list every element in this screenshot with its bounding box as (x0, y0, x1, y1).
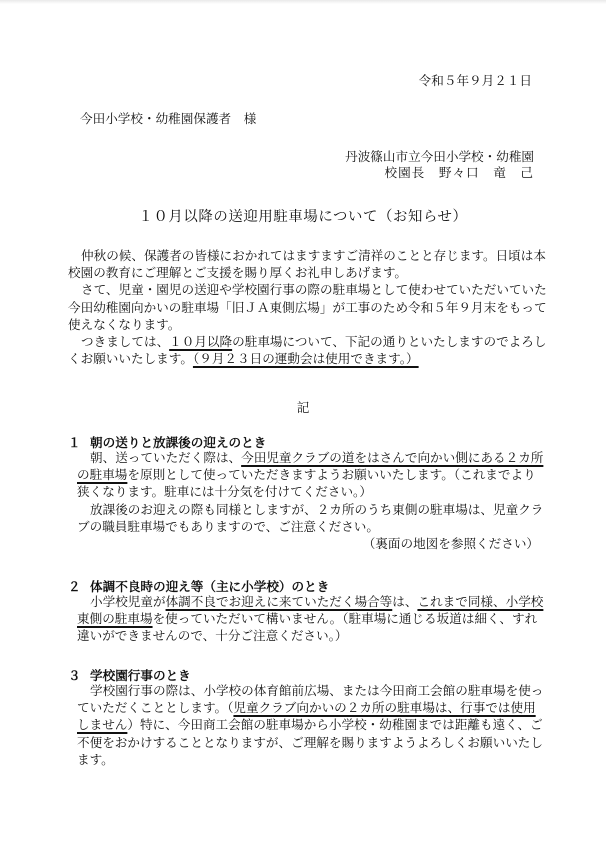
intro-p1-line1: 仲秋の候、保護者の皆様におかれてはますますご清祥のことと存じます。日頃は本 (68, 247, 538, 264)
section-3-line5: ます。 (77, 751, 547, 768)
intro-p2-line3: 使えなくなります。 (68, 316, 538, 333)
sender-principal: 校園長 野々口 竜 己 (384, 162, 534, 181)
section-1-line3: 狭くなります。駐車には十分気を付けてください。） (77, 483, 547, 500)
intro-p2-line1: さて、児童・園児の送迎や学校園行事の際の駐車場として使わせていただいていた (68, 281, 538, 298)
underlined-not-used-events: 児童クラブ向かいの２カ所の駐車場は、行事では使用 (233, 700, 535, 715)
section-3-line4: 不便をおかけすることとなりますが、ご理解を賜りますようよろしくお願いいたし (77, 734, 547, 751)
section-title: 学校園行事のとき (90, 668, 191, 683)
section-2-line1: 小学校児童が体調不良でお迎えに来ていただく場合等は、これまで同様、小学校 (77, 593, 547, 610)
section-1-map-note: （裏面の地図を参照ください） (77, 535, 547, 552)
underlined-parking: の駐車場 (77, 467, 127, 482)
underlined-not-used: しません (77, 717, 127, 732)
section-1-line5: ブの職員駐車場でもありますので、ご注意ください。 (77, 518, 547, 535)
intro-p1-line2: 校園の教育にご理解とご支援を賜り厚くお礼申しあげます。 (68, 264, 538, 281)
underlined-two-lots: 今田児童クラブの道をはさんで向かい側にある２カ所 (241, 450, 543, 465)
section-3-line1: 学校園行事の際は、小学校の体育館前広場、または今田商工会館の駐車場を使っ (77, 682, 547, 699)
section-title: 朝の送りと放課後の迎えのとき (90, 435, 266, 450)
intro-p3-line2: くお願いいたします。（９月２３日の運動会は使用できます。） (68, 350, 538, 367)
document-date: 令和５年９月２１日 (419, 70, 532, 89)
addressee: 今田小学校・幼稚園保護者 様 (80, 108, 256, 127)
section-2-line2: 東側の駐車場を使っていただいて構いません。（駐車場に通じる坂道は細く、すれ (77, 610, 547, 627)
text-span: を原則として使っていただきますようお願いいたします。（これまでより (127, 467, 535, 482)
section-1-body: 朝、送っていただく際は、今田児童クラブの道をはさんで向かい側にある２カ所 の駐車… (77, 449, 547, 552)
section-3-body: 学校園行事の際は、小学校の体育館前広場、または今田商工会館の駐車場を使っ ていた… (77, 682, 547, 768)
underlined-october-onward: １０月以降 (169, 334, 232, 349)
text-span: ）特に、今田商工会館の駐車場から小学校・幼稚園までは距離も遠く、ご (127, 717, 542, 732)
document-title: １０月以降の送迎用駐車場について（お知らせ） (0, 205, 606, 226)
intro-p3-text: つきましては、 (81, 334, 169, 349)
underlined-as-before: これまで同様、小学校 (417, 594, 543, 609)
page-top-shadow (0, 0, 606, 4)
section-title: 体調不良時の迎え等（主に小学校）のとき (90, 579, 329, 594)
text-span: を使っていただいて構いません。（駐車場に通じる坂道は細く、すれ (153, 611, 538, 626)
section-2-line3: 違いができませんので、十分ご注意ください。） (77, 627, 547, 644)
intro-p3-text: くお願いいたします。 (68, 351, 193, 366)
underlined-illness-pickup: 体調不良でお迎えに来ていただく場合等 (166, 594, 393, 609)
section-3-line2: ていただくこととします。（児童クラブ向かいの２カ所の駐車場は、行事では使用 (77, 699, 547, 716)
section-2-body: 小学校児童が体調不良でお迎えに来ていただく場合等は、これまで同様、小学校 東側の… (77, 593, 547, 645)
intro-body: 仲秋の候、保護者の皆様におかれてはますますご清祥のことと存じます。日頃は本 校園… (68, 247, 538, 367)
text-span: ていただくこととします。（ (77, 700, 233, 715)
section-3-line3: しません）特に、今田商工会館の駐車場から小学校・幼稚園までは距離も遠く、ご (77, 716, 547, 733)
intro-p3-line1: つきましては、１０月以降の駐車場について、下記の通りといたしますのでよろし (68, 333, 538, 350)
intro-p3-text: の駐車場について、下記の通りといたしますのでよろし (232, 334, 546, 349)
text-span: は、 (392, 594, 417, 609)
text-span: 朝、送っていただく際は、 (90, 450, 241, 465)
section-1-line2: の駐車場を原則として使っていただきますようお願いいたします。（これまでより (77, 466, 547, 483)
text-span: 小学校児童が (90, 594, 166, 609)
underlined-east-parking: 東側の駐車場 (77, 611, 153, 626)
ki-marker: 記 (0, 397, 606, 416)
intro-p2-line2: 今田幼稚園向かいの駐車場「旧ＪＡ東側広場」が工事のため令和５年９月末をもって (68, 299, 538, 316)
section-1-line4: 放課後のお迎えの際も同様としますが、２カ所のうち東側の駐車場は、児童クラ (77, 501, 547, 518)
underlined-sports-day-note: （９月２３日の運動会は使用できます。） (193, 351, 419, 366)
section-1-line1: 朝、送っていただく際は、今田児童クラブの道をはさんで向かい側にある２カ所 (77, 449, 547, 466)
